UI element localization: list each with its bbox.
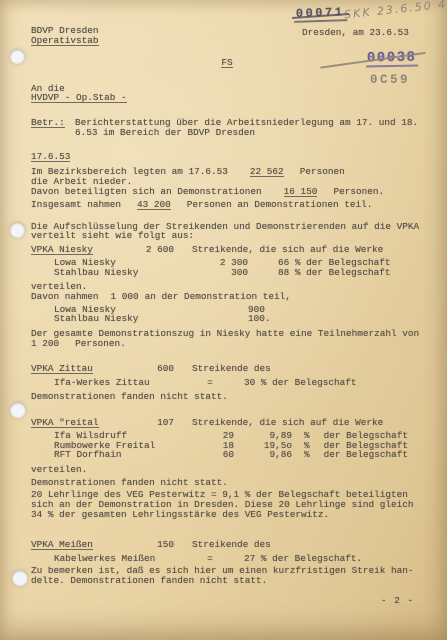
hole-punch bbox=[12, 570, 28, 586]
meissen-note: Zu bemerken ist, daß es sich hier um ein… bbox=[31, 566, 423, 585]
meissen-work-row: Kabelwerkes Meißen=27 % der Belegschaft. bbox=[31, 554, 423, 564]
section-title: VPKA Niesky bbox=[31, 245, 93, 255]
breakdown-intro: Die Aufschlüsselung der Streikenden und … bbox=[31, 222, 423, 241]
sender-block: BDVP Dresden Operativstab bbox=[31, 26, 423, 46]
subject-block: Betr.: Berichterstattung über die Arbeit… bbox=[31, 118, 423, 137]
section-count: 150 bbox=[134, 540, 174, 550]
freital-works-table: Ifa Wilsdruff299,89%der Belegschaft Rumb… bbox=[31, 431, 423, 460]
niesky-march-total: Der gesamte Demonstrationszug in Niesky … bbox=[31, 329, 423, 348]
message-type-line: FS bbox=[31, 58, 423, 68]
niesky-demo-table: Lowa Niesky900 Stahlbau Niesky100. bbox=[31, 305, 423, 324]
strikers-total: 22 562 bbox=[250, 167, 284, 177]
hole-punch bbox=[10, 402, 26, 418]
no-demo-note: Demonstrationen fanden nicht statt. bbox=[31, 478, 423, 488]
sender-dept: Operativstab bbox=[31, 36, 99, 46]
section-count: 600 bbox=[134, 364, 174, 374]
table-row: RFT Dorfhain609,86%der Belegschaft bbox=[31, 450, 423, 460]
niesky-works-table: Lowa Niesky2 30066 % der Belegschaft Sta… bbox=[31, 258, 423, 277]
section-niesky-header: VPKA Niesky2 600Streikende, die sich auf… bbox=[31, 245, 423, 255]
section-count: 2 600 bbox=[134, 245, 174, 255]
section-title: VPKA Zittau bbox=[31, 364, 93, 374]
demonstrators-count: 16 150 bbox=[284, 187, 318, 197]
table-row: Stahlbau Niesky30088 % der Belegschaft bbox=[31, 268, 423, 278]
date-heading: 17.6.53 bbox=[31, 152, 423, 162]
summary-line3: Davon beteiligten sich an Demonstratione… bbox=[31, 187, 423, 197]
niesky-demo-line: Davon nahmen1 000an der Demonstration te… bbox=[31, 292, 423, 302]
zittau-work-row: Ifa-Werkes Zittau=30 % der Belegschaft bbox=[31, 378, 423, 388]
works-close: verteilen. bbox=[31, 465, 423, 475]
section-zittau-header: VPKA Zittau600Streikende des bbox=[31, 364, 423, 374]
section-freital-header: VPKA "reital107Streikende, die sich auf … bbox=[31, 418, 423, 428]
hole-punch bbox=[10, 49, 25, 64]
table-row: Stahlbau Niesky100. bbox=[31, 314, 423, 324]
page-number: - 2 - bbox=[381, 596, 414, 606]
section-title: VPKA "reital bbox=[31, 418, 99, 428]
subject-line2: 6.53 im Bereich der BDVP Dresden bbox=[75, 128, 423, 138]
no-demo-note: Demonstrationen fanden nicht statt. bbox=[31, 392, 423, 402]
document-body: BDVP Dresden Operativstab FS An die HVDV… bbox=[31, 0, 423, 586]
section-title: VPKA Meißen bbox=[31, 540, 93, 550]
hole-punch bbox=[10, 222, 25, 238]
demonstration-total: 43 200 bbox=[137, 200, 171, 210]
message-type: FS bbox=[221, 58, 232, 68]
section-meissen-header: VPKA Meißen150Streikende des bbox=[31, 540, 423, 550]
apprentices-paragraph: 20 Lehrlinge des VEG Pesterwitz = 9,1 % … bbox=[31, 490, 423, 519]
recipient-block: An die HVDVP - Op.Stab - bbox=[31, 84, 423, 104]
subject-label: Betr.: bbox=[31, 118, 65, 128]
summary-line4: Insgesamt nahmen43 200Personen an Demons… bbox=[31, 200, 423, 210]
summary-block: Im Bezirksbereich legten am 17.6.5322 56… bbox=[31, 167, 423, 210]
document-page: SKK 23.6.50 4 00071 Dresden, am 23.6.53 … bbox=[0, 0, 447, 640]
section-count: 107 bbox=[134, 418, 174, 428]
recipient-name: HVDVP - Op.Stab - bbox=[31, 93, 127, 103]
